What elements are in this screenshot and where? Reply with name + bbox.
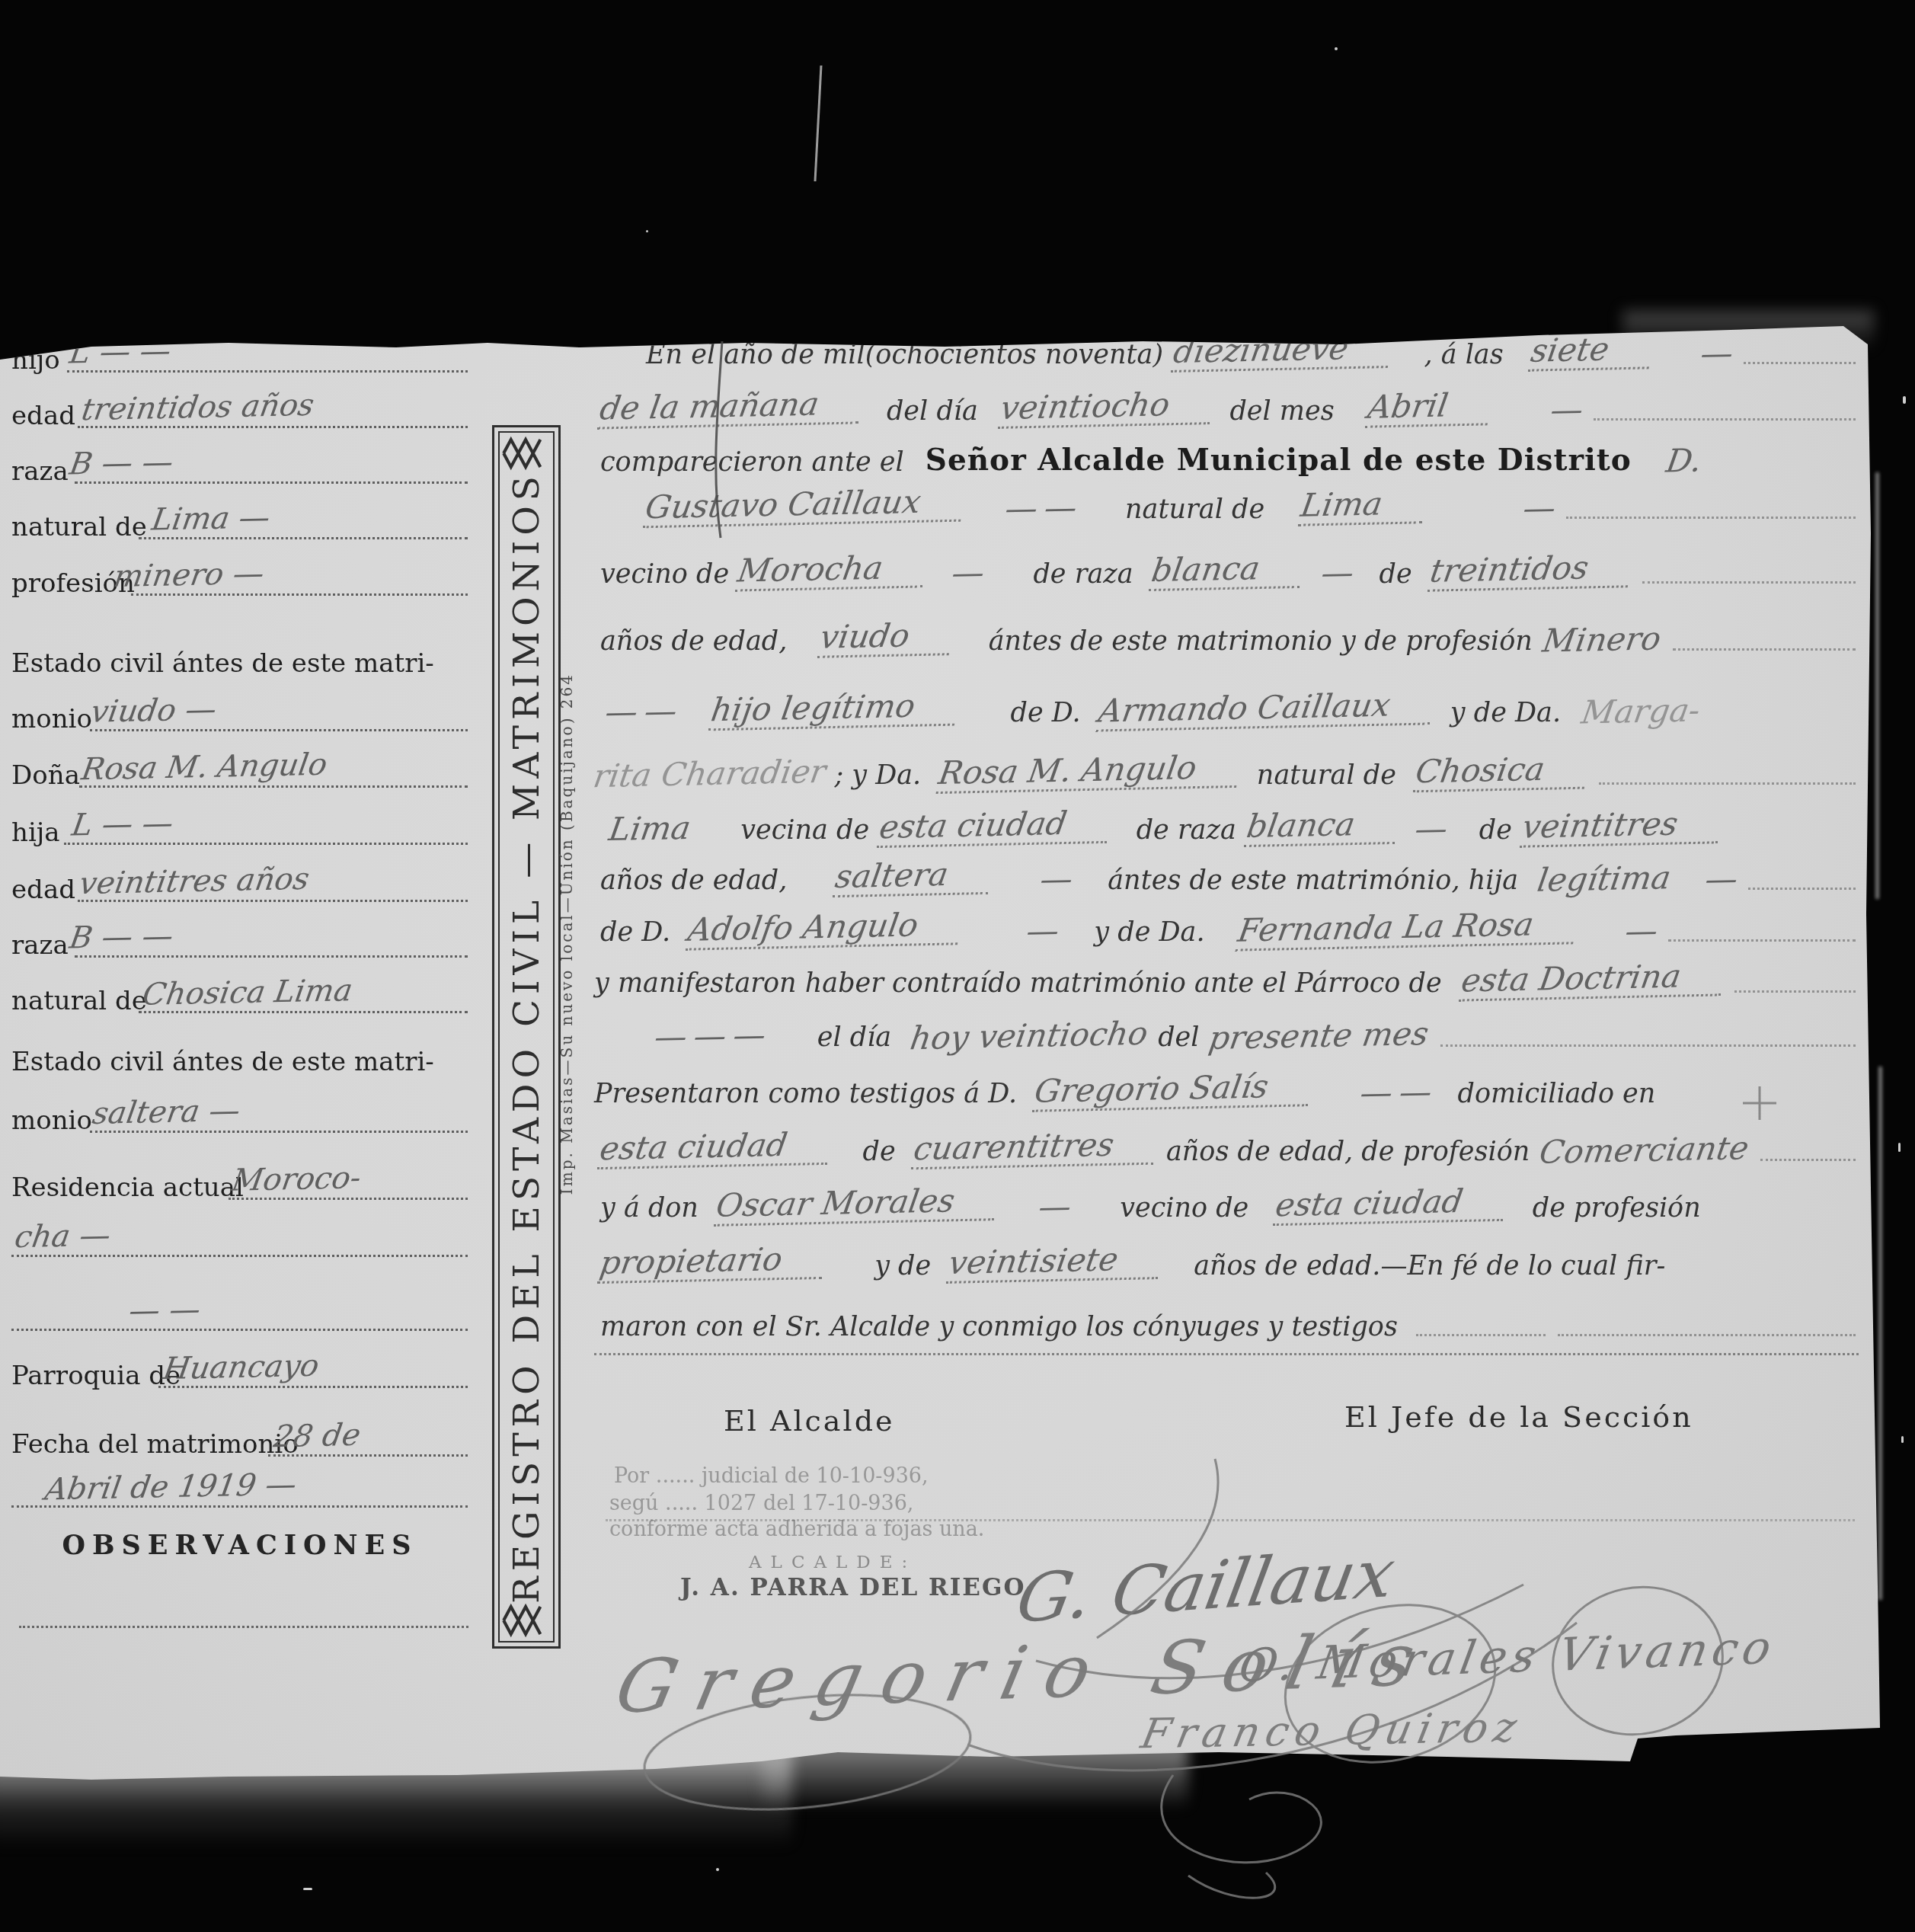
field-value-handwritten: Abril de 1919 — (43, 1467, 299, 1508)
field-label: natural de (11, 986, 147, 1016)
field-label: Don (11, 290, 65, 321)
body-line: maron con el Sr. Alcalde y conmigo los c… (600, 1286, 1859, 1342)
printed-text: de (863, 1137, 896, 1167)
dash-stroke: — (1319, 555, 1354, 590)
printed-text: y á don (600, 1193, 699, 1223)
dotted-leader (1416, 1334, 1546, 1336)
field-value-handwritten: — — (126, 1292, 203, 1329)
partida-row: Partida N.º 14 (0, 227, 474, 296)
handwritten-text: blanca (1148, 551, 1304, 591)
printed-text: domiciliado en (1458, 1079, 1656, 1109)
field-value-handwritten: viudo — (88, 692, 219, 729)
handwritten-text: cuarentitres (910, 1128, 1159, 1170)
scanned-document: Partida N.º 14 DonGustavo CaillauxhijoL … (0, 0, 1915, 1932)
printed-text: vecino de (1120, 1193, 1248, 1223)
left-row: Abril de 1919 — (0, 1447, 474, 1515)
handwritten-text: Armando Caillaux (1095, 687, 1435, 731)
stamp-line: segú ..... 1027 del 17-10-936, (609, 1492, 913, 1515)
dash-stroke: — — — (652, 1018, 766, 1054)
printed-text: y de Da. (1450, 698, 1561, 728)
field-value-handwritten: Rosa M. Angulo (79, 747, 330, 788)
field-value-handwritten: Lima — (149, 500, 273, 537)
handwritten-text: Chosica (1413, 752, 1590, 793)
handwritten-text: Gregorio Salís (1032, 1069, 1314, 1112)
printed-text: de profesión (1533, 1193, 1701, 1223)
dash-stroke: — — (1002, 491, 1078, 526)
stamp-line: Por ...... judicial de 10-10-936, (614, 1464, 929, 1488)
printed-text: de raza (1033, 559, 1133, 590)
handwritten-text: hijo legítimo (708, 689, 961, 731)
handwritten-text: Gustavo Caillaux (642, 485, 966, 529)
left-row: profesiónminero — (0, 535, 474, 603)
scan-scratch (815, 66, 821, 181)
body-line: años de edad,viudoántes de este matrimon… (600, 600, 1859, 657)
handwritten-text: esta Doctrina (1458, 958, 1725, 1001)
printed-text: vecino de (600, 559, 729, 590)
field-value-handwritten: veintitres años (77, 862, 312, 901)
field-label: Parroquia de (11, 1361, 181, 1391)
printer-imprint-text: Imp. Masias—Su nuevo local—Unión (Baquij… (558, 673, 576, 1195)
body-line: Limavecina deesta ciudadde razablanca—de… (609, 789, 1859, 846)
dotted-leader (72, 315, 468, 318)
dotted-leader (11, 1255, 468, 1257)
left-row: Parroquia deHuancayo (0, 1327, 474, 1396)
field-value-handwritten: L — — (69, 806, 176, 843)
handwritten-text: Rosa M. Angulo (936, 750, 1242, 794)
handwritten-text: Oscar Morales (713, 1183, 999, 1227)
body-line: rita Charadier; y Da.Rosa M. Angulonatur… (594, 734, 1859, 791)
printed-text: años de edad, de profesión (1166, 1137, 1530, 1167)
field-value-handwritten: Gustavo Caillaux (62, 277, 329, 317)
dotted-leader (179, 286, 468, 288)
dotted-line (606, 1519, 1855, 1521)
left-row: DonGustavo Caillaux (0, 257, 474, 325)
dotted-line (19, 1626, 468, 1628)
banner-ornament-icon (500, 1599, 548, 1642)
field-value-handwritten: cha — (12, 1218, 113, 1255)
field-label: Partida N.º (11, 257, 184, 291)
page-title-number-handwritten: 14 (1316, 247, 1371, 292)
printed-text: el día (817, 1022, 892, 1053)
handwritten-text: Comerciante (1537, 1131, 1751, 1169)
printed-text: y de (874, 1251, 931, 1281)
handwritten-text: viudo (817, 618, 955, 658)
dash-stroke: — — (603, 694, 678, 729)
left-row: cha — (0, 1196, 474, 1265)
printed-text: ántes de este matrimonio y de profesión (989, 626, 1533, 657)
interline-insert-handwritten: novecientos (892, 289, 1063, 325)
printed-text: natural de (1125, 494, 1264, 525)
body-line: esta ciudaddecuarentitresaños de edad, d… (600, 1111, 1859, 1167)
printed-text: y manifestaron haber contraído matrimóni… (594, 968, 1442, 999)
dash-stroke: — (1521, 491, 1557, 525)
field-value-handwritten: Moroco- (229, 1160, 363, 1198)
field-value-handwritten: B — — (67, 445, 175, 482)
field-label: monio (11, 1105, 92, 1136)
dash-stroke: — (1037, 1189, 1073, 1223)
field-value-handwritten: L — — (67, 334, 174, 371)
handwritten-text: Lima (1298, 486, 1427, 526)
book-edge-highlight (1878, 1067, 1882, 1600)
handwritten-text: Marga- (1579, 693, 1702, 729)
alcalde-heading: El Alcalde (724, 1404, 894, 1438)
body-line: vecino deMorocha—de razablanca—detreinti… (600, 533, 1859, 590)
handwritten-text: treintidos (1427, 550, 1633, 592)
dotted-leader (131, 593, 468, 596)
body-line: propietarioy deveintisieteaños de edad.—… (600, 1225, 1859, 1281)
body-line: — —hijo legítimode D.Armando Caillauxy d… (606, 672, 1859, 728)
dash-stroke: — (950, 555, 986, 590)
field-value-handwritten: Huancayo (161, 1348, 321, 1387)
printed-text: años de edad, (600, 626, 787, 657)
dotted-leader (1432, 259, 1630, 261)
signature-quiroz: Franco Quiroz (1137, 1703, 1527, 1758)
field-value-handwritten: 14 (100, 243, 151, 285)
printed-text: de D. (1011, 698, 1081, 728)
left-row: natural deChosica Lima (0, 952, 474, 1021)
field-value-handwritten: saltera — (90, 1093, 242, 1131)
handwritten-text: rita Charadier (591, 755, 828, 793)
field-value-handwritten: Chosica Lima (140, 973, 355, 1012)
dash-stroke: — (1699, 336, 1734, 370)
body-line: Gustavo Caillaux— —natural deLima— (646, 469, 1859, 525)
handwritten-text: diezinueve (1171, 331, 1394, 373)
handwritten-text: presente mes (1207, 1017, 1431, 1055)
handwritten-text: siete (1528, 331, 1654, 371)
body-line: años de edad,saltera—ántes de este matri… (600, 840, 1859, 896)
dotted-line (594, 1353, 1859, 1355)
banner-ornament-icon (500, 432, 548, 475)
body-line: Presentaron como testigos á D.Gregorio S… (594, 1053, 1859, 1109)
handwritten-text: propietario (597, 1242, 828, 1284)
handwritten-text: esta ciudad (1273, 1184, 1508, 1226)
dotted-leader (90, 1131, 468, 1133)
handwritten-text: Minero (1540, 622, 1663, 657)
field-value-handwritten: B — — (67, 919, 175, 956)
dash-stroke: — — (1358, 1075, 1434, 1110)
printed-text: maron con el Sr. Alcalde y conmigo los c… (600, 1312, 1398, 1342)
observaciones-heading: OBSERVACIONES (0, 1530, 480, 1561)
jefe-seccion-heading: El Jefe de la Sección (1344, 1400, 1693, 1434)
handwritten-text: Morocha (735, 550, 929, 591)
page-title-text: PARTIDA N.º (903, 238, 1303, 295)
body-line: y á donOscar Morales—vecino deesta ciuda… (600, 1167, 1859, 1223)
handwritten-text: esta ciudad (597, 1128, 833, 1169)
left-row: moniosaltera — (0, 1072, 474, 1140)
handwritten-text: veintisiete (946, 1242, 1164, 1284)
banner-title: REGISTRO DEL ESTADO CIVIL — MATRIMONIOS (506, 471, 548, 1604)
printed-text: , á las (1424, 340, 1503, 370)
body-line: de D.Adolfo Angulo—y de Da.Fernanda La R… (600, 891, 1859, 948)
printed-text: Presentaron como testigos á D. (594, 1079, 1017, 1109)
printed-text: ; y Da. (834, 760, 921, 791)
handwritten-text: hoy veintiocho (908, 1017, 1150, 1056)
page-title: PARTIDA N.º 14 (903, 238, 1368, 295)
field-value-handwritten: minero — (111, 556, 267, 594)
printed-text: natural de (1257, 760, 1396, 791)
body-line: y manifestaron haber contraído matrimóni… (594, 942, 1859, 999)
printer-imprint: Imp. Masias—Su nuevo local—Unión (Baquij… (558, 652, 576, 1216)
printed-text: del (1158, 1022, 1199, 1053)
printed-text: En el año de mil(ochocientos noventa) (646, 340, 1163, 370)
printed-text: años de edad.—En fé de lo cual fir- (1194, 1251, 1665, 1281)
field-value-handwritten: treintidos años (79, 388, 317, 427)
dotted-leader (158, 1386, 468, 1388)
body-line: — — —el díahoy veintiochodelpresente mes (655, 996, 1859, 1053)
registry-banner: REGISTRO DEL ESTADO CIVIL — MATRIMONIOS (492, 425, 561, 1649)
stamp-official-name: J. A. PARRA DEL RIEGO (680, 1574, 1025, 1601)
registry-page: Partida N.º 14 DonGustavo CaillauxhijoL … (0, 0, 1915, 1932)
stamp-alcalde-label: ALCALDE: (749, 1553, 916, 1572)
printed-text: de (1380, 559, 1412, 590)
book-edge-highlight (1875, 472, 1879, 899)
body-line: de la mañanadel díaveintiochodel mesAbri… (600, 370, 1859, 427)
